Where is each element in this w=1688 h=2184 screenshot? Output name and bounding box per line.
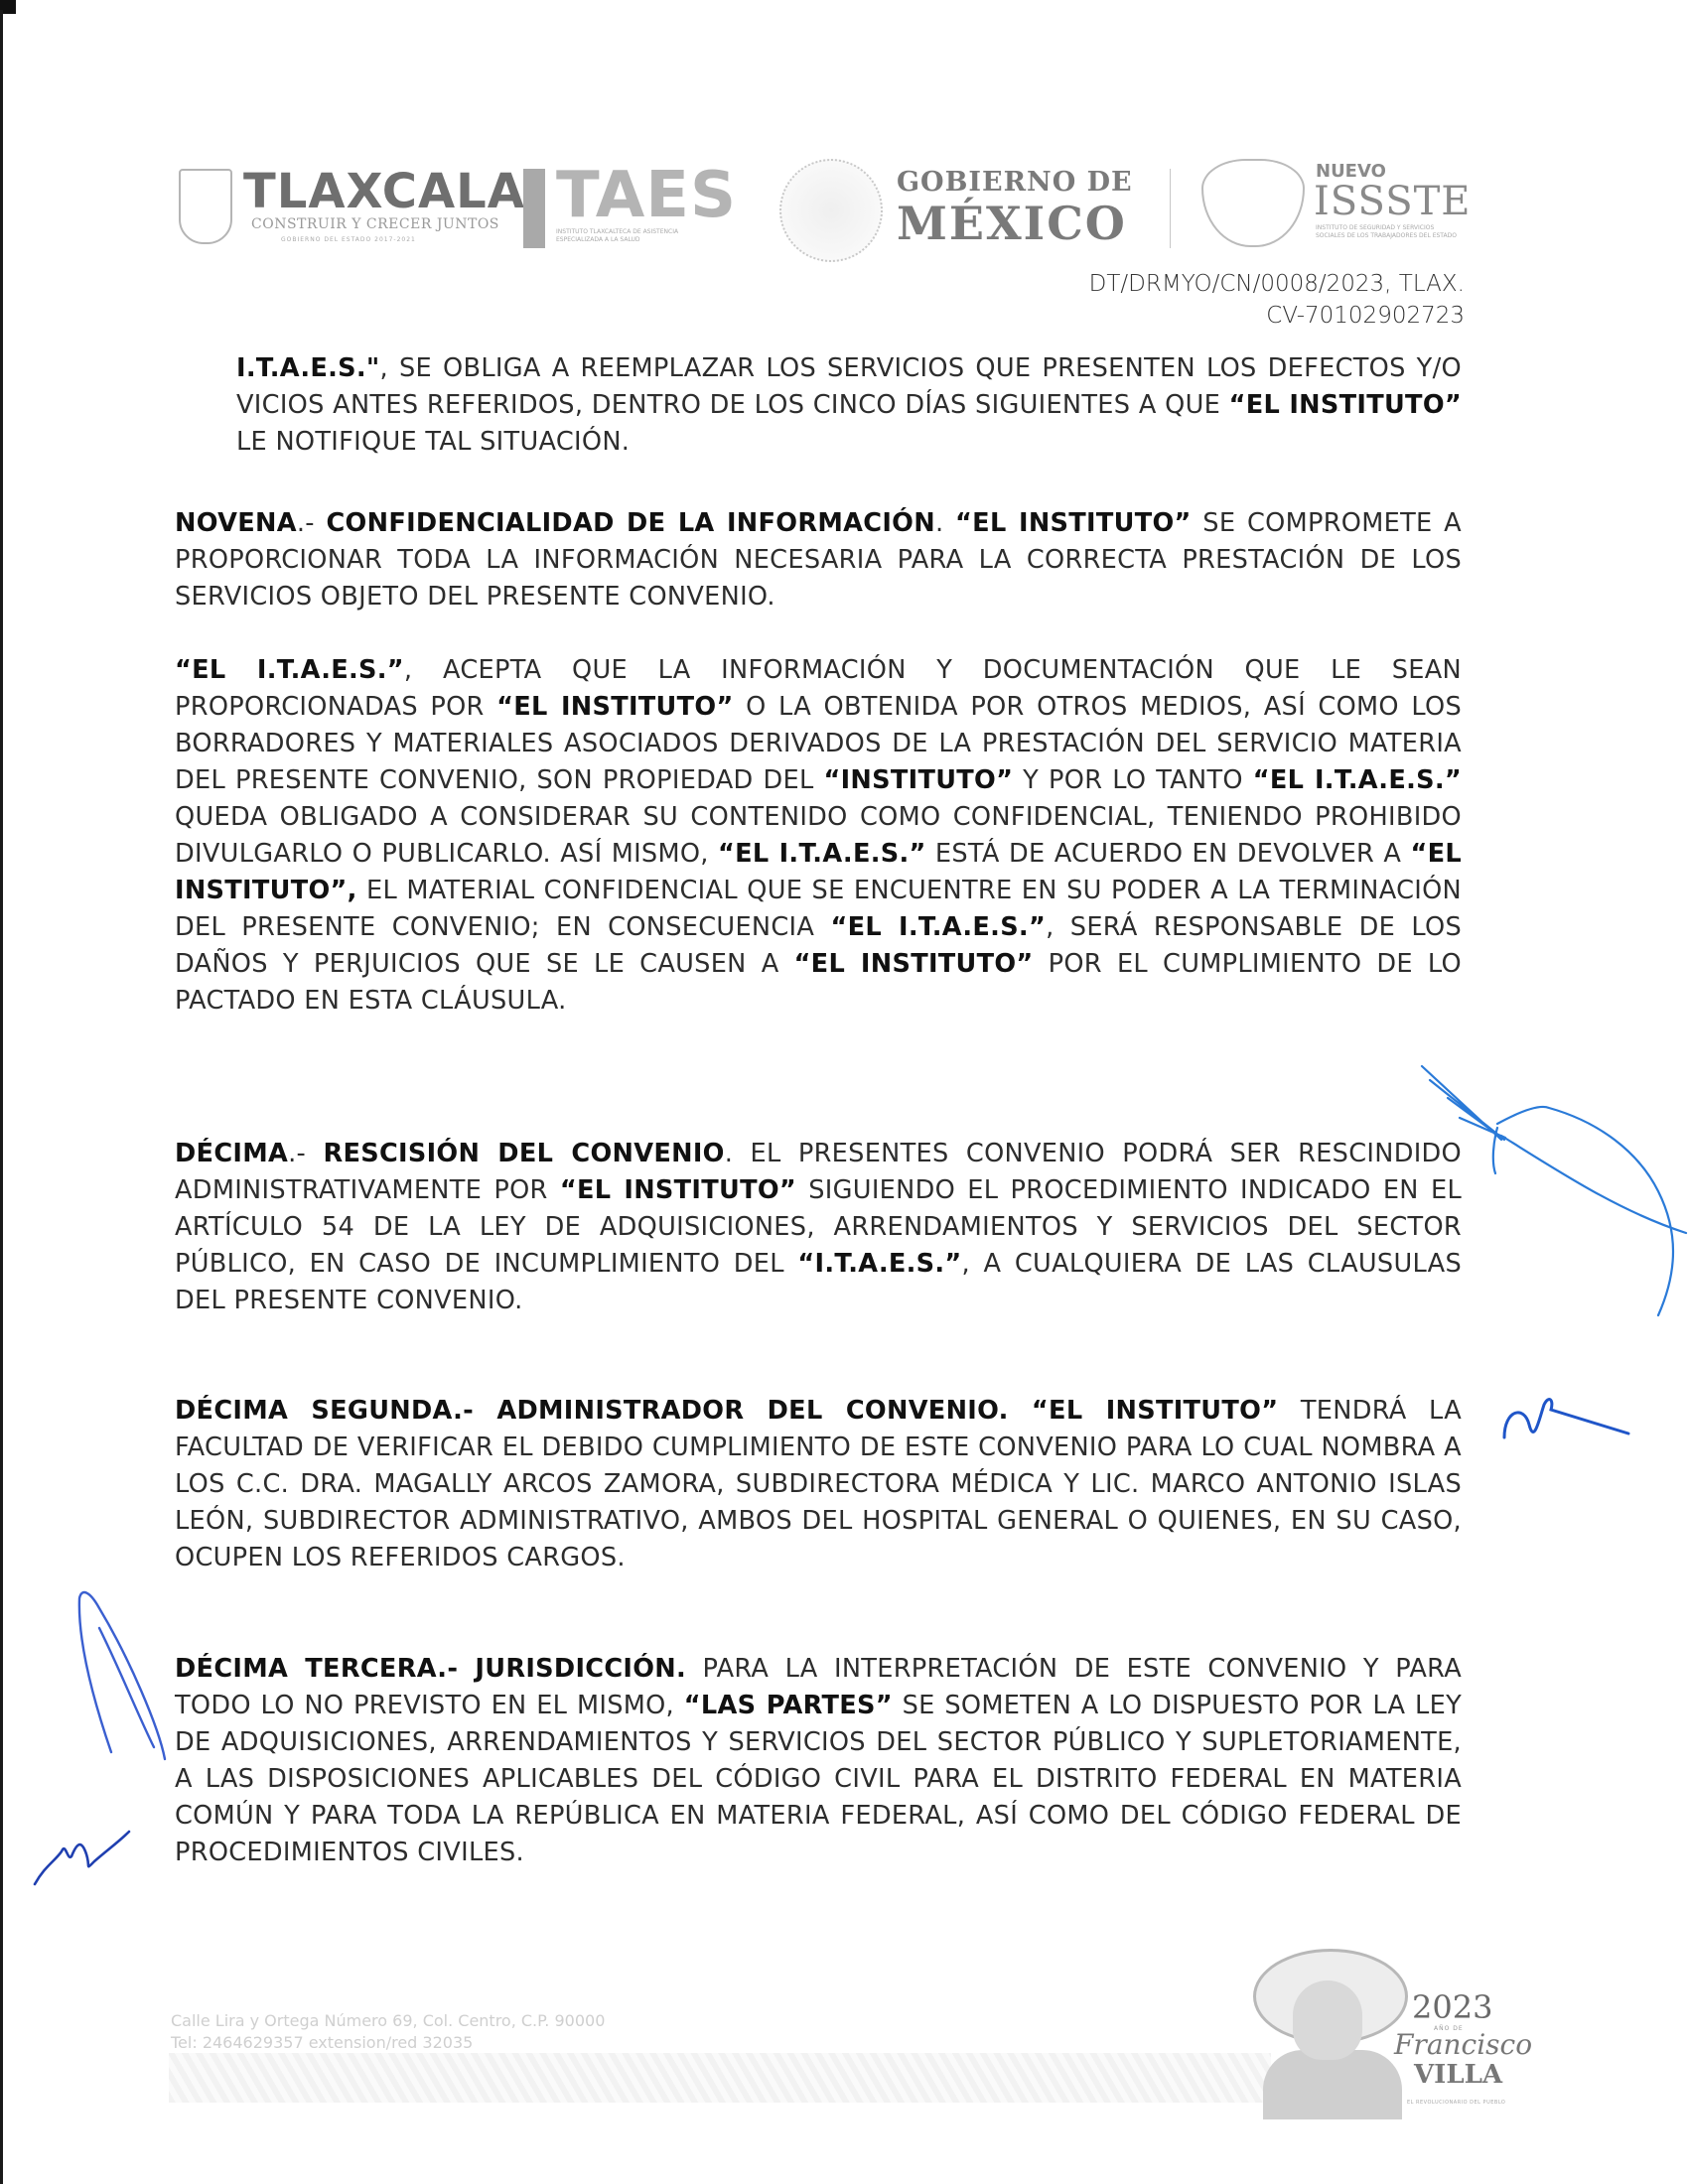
issste-subtitle: INSTITUTO DE SEGURIDAD Y SERVICIOS SOCIA… <box>1316 224 1465 240</box>
portrait-face-icon <box>1293 1980 1362 2060</box>
emblem-name-last: VILLA <box>1414 2060 1502 2090</box>
bold-term: “EL INSTITUTO” <box>955 508 1192 538</box>
logo-divider <box>1170 169 1171 248</box>
itaes-subtitle: INSTITUTO TLAXCALTECA DE ASISTENCIA ESPE… <box>556 228 725 244</box>
bold-term: DÉCIMA SEGUNDA.- ADMINISTRADOR DEL CONVE… <box>175 1396 1278 1426</box>
bold-term: RESCISIÓN DEL CONVENIO <box>323 1139 724 1168</box>
footer-address: Calle Lira y Ortega Número 69, Col. Cent… <box>171 2010 605 2032</box>
bold-term: “EL INSTITUTO” <box>496 692 733 722</box>
bold-term: “EL INSTITUTO” <box>560 1175 796 1205</box>
bold-term: “EL I.T.A.E.S.” <box>1253 765 1462 795</box>
bold-term: “EL I.T.A.E.S.” <box>830 912 1046 942</box>
itaes-logo-text: TAES <box>556 159 737 232</box>
emblem-tagline: EL REVOLUCIONARIO DEL PUEBLO <box>1407 2100 1505 2106</box>
clause-decima-segunda: DÉCIMA SEGUNDA.- ADMINISTRADOR DEL CONVE… <box>175 1393 1462 1576</box>
bold-term: “EL I.T.A.E.S.” <box>718 839 926 869</box>
bold-term: “EL I.T.A.E.S.” <box>175 655 404 685</box>
gobierno-logo-line2: MÉXICO <box>897 197 1127 250</box>
gobierno-logo-line1: GOBIERNO DE <box>897 167 1133 198</box>
bold-term: “INSTITUTO” <box>823 765 1013 795</box>
clause-novena-confidentiality: “EL I.T.A.E.S.”, ACEPTA QUE LA INFORMACI… <box>175 652 1462 1020</box>
itaes-logo-bar-icon <box>523 169 545 248</box>
clause-novena: NOVENA.- CONFIDENCIALIDAD DE LA INFORMAC… <box>175 505 1462 615</box>
document-reference: DT/DRMYO/CN/0008/2023, TLAX. CV-70102902… <box>1089 268 1465 332</box>
clause-continuation: I.T.A.E.S.", SE OBLIGA A REEMPLAZAR LOS … <box>236 350 1462 461</box>
contract-number: CV-70102902723 <box>1089 300 1465 332</box>
bold-term: NOVENA <box>175 508 297 538</box>
mexico-eagle-seal-icon <box>779 159 883 262</box>
portrait-body-icon <box>1263 2050 1402 2119</box>
clause-decima-tercera: DÉCIMA TERCERA.- JURISDICCIÓN. PARA LA I… <box>175 1651 1462 1871</box>
bold-term: “EL INSTITUTO” <box>794 949 1034 979</box>
bold-term: “I.T.A.E.S.” <box>797 1249 961 1279</box>
tlaxcala-subtitle: GOBIERNO DEL ESTADO 2017-2021 <box>281 236 416 243</box>
clause-decima: DÉCIMA.- RESCISIÓN DEL CONVENIO. EL PRES… <box>175 1136 1462 1319</box>
emblem-name-first: Francisco <box>1394 2028 1532 2061</box>
footer-decorative-pattern <box>169 2053 1271 2103</box>
tlaxcala-shield-icon <box>179 169 232 244</box>
emblem-year: 2023 <box>1412 1988 1492 2026</box>
letterhead: TLAXCALA CONSTRUIR Y CRECER JUNTOS GOBIE… <box>174 159 1465 268</box>
francisco-villa-emblem: 2023 AÑO DE Francisco VILLA EL REVOLUCIO… <box>1253 1941 1531 2129</box>
tlaxcala-logo-text: TLAXCALA <box>243 164 525 219</box>
bold-term: “EL INSTITUTO” <box>1229 390 1462 420</box>
footer-address-block: Calle Lira y Ortega Número 69, Col. Cent… <box>171 2010 605 2054</box>
signature-left-initials <box>0 1569 199 1946</box>
tlaxcala-tagline: CONSTRUIR Y CRECER JUNTOS <box>251 216 499 232</box>
bold-term: DÉCIMA <box>175 1139 288 1168</box>
issste-logo-text: ISSSTE <box>1314 179 1471 224</box>
issste-hands-icon <box>1201 159 1305 247</box>
bold-term: “LAS PARTES” <box>684 1691 893 1720</box>
footer-phone: Tel: 2464629357 extension/red 32035 <box>171 2032 605 2054</box>
bold-term: CONFIDENCIALIDAD DE LA INFORMACIÓN <box>326 508 934 538</box>
reference-number: DT/DRMYO/CN/0008/2023, TLAX. <box>1089 268 1465 300</box>
bold-term: DÉCIMA TERCERA.- JURISDICCIÓN. <box>175 1654 686 1684</box>
bold-term: I.T.A.E.S." <box>236 353 380 383</box>
signature-right-large <box>1390 1052 1688 1469</box>
